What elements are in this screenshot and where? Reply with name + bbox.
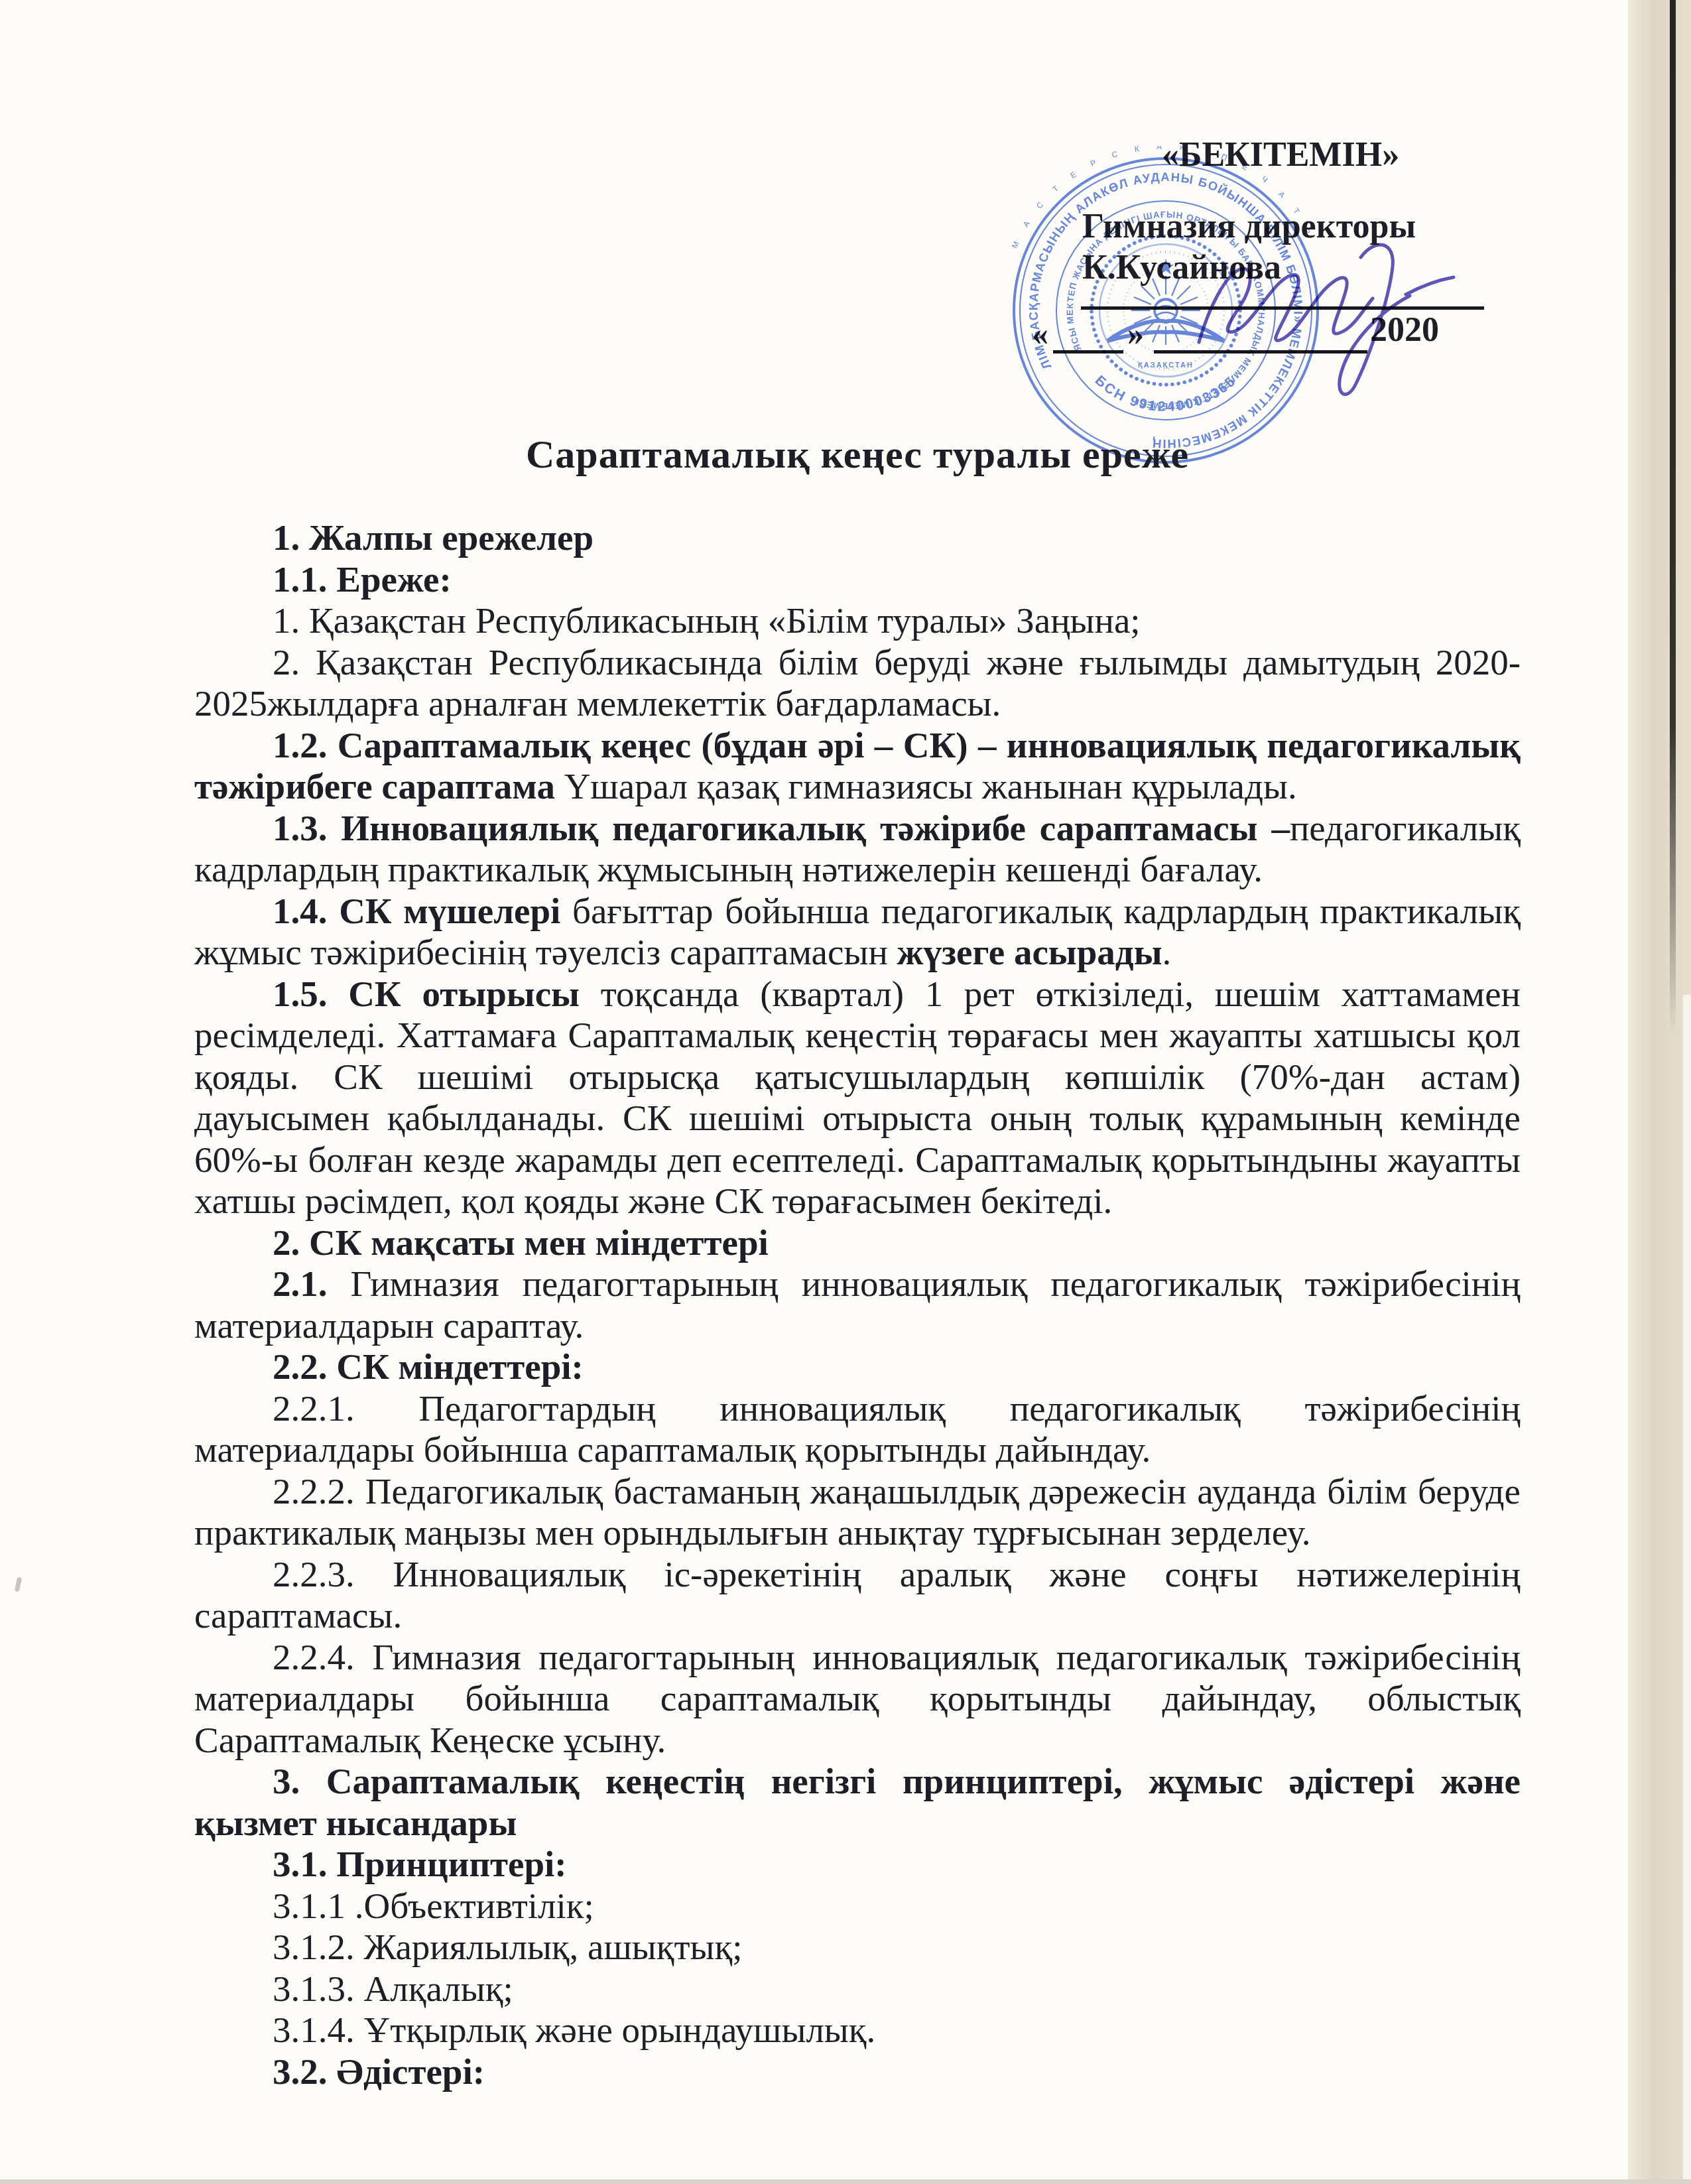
paragraph: 3.1.4. Ұтқырлық және орындаушылық. (194, 2010, 1521, 2051)
paragraph: 2.2.1. Педагогтардың инновациялық педаго… (194, 1388, 1521, 1471)
document-title: Сараптамалық кеңес туралы ереже (194, 432, 1521, 476)
signature-stroke-tail (1406, 277, 1454, 294)
signature-ink (1187, 231, 1472, 410)
paragraph: 1.4. СК мүшелері бағыттар бойынша педаго… (194, 891, 1521, 974)
paragraph: 2.2.4. Гимназия педагогтарының инновация… (194, 1637, 1521, 1762)
paragraph: 1.5. СК отырысы тоқсанда (квартал) 1 рет… (194, 974, 1521, 1222)
paragraph: 3.1.3. Алқалық; (194, 1968, 1521, 2010)
paragraph: 2.1. Гимназия педагогтарының инновациялы… (194, 1263, 1521, 1346)
paragraph: 3.1.1 .Объективтілік; (194, 1886, 1521, 1927)
signature-stroke-main (1199, 269, 1373, 342)
scan-edge-strip (1628, 0, 1691, 2184)
paragraph: 3.1.2. Жариялылық, ашықтық; (194, 1927, 1521, 1968)
paragraph: 2. Қазақстан Республикасында білім беруд… (194, 642, 1521, 725)
scan-edge-highlight (1683, 995, 1691, 2184)
paragraph: 1.1. Ереже: (194, 559, 1521, 601)
paragraph: 2.2.2. Педагогикалық бастаманың жаңашылд… (194, 1471, 1521, 1554)
body-text: 1. Жалпы ережелер1.1. Ереже:1. Қазақстан… (194, 517, 1521, 2092)
paragraph: 3. Сараптамалық кеңестің негізгі принцип… (194, 1761, 1521, 1844)
paragraph: 2.2. СК міндеттері: (194, 1346, 1521, 1388)
paragraph: 3.2. Әдістері: (194, 2051, 1521, 2093)
paragraph: 1.3. Инновациялық педагогикалық тәжірибе… (194, 808, 1521, 891)
paragraph: 3.1. Принциптері: (194, 1844, 1521, 1886)
paragraph: 1.2. Сараптамалық кеңес (бұдан әрі – СК)… (194, 725, 1521, 808)
signature-stroke-loop (1340, 245, 1410, 395)
scan-bottom-edge (0, 2179, 1691, 2184)
scan-speck (15, 1577, 22, 1592)
emblem-banner-text: ҚАЗАҚСТАН (1138, 361, 1194, 369)
document-page: «БЕКІТЕМІН» Гимназия директоры К.Кусайно… (0, 0, 1691, 2184)
paragraph: 1. Жалпы ережелер (194, 517, 1521, 559)
emblem-star (1158, 259, 1174, 275)
paragraph: 2.2.3. Инновациялық іс-әрекетінің аралық… (194, 1554, 1521, 1637)
paragraph: 2. СК мақсаты мен міндеттері (194, 1222, 1521, 1264)
paragraph: 1. Қазақстан Республикасының «Білім тура… (194, 600, 1521, 642)
scan-edge-line (1670, 0, 1676, 1035)
